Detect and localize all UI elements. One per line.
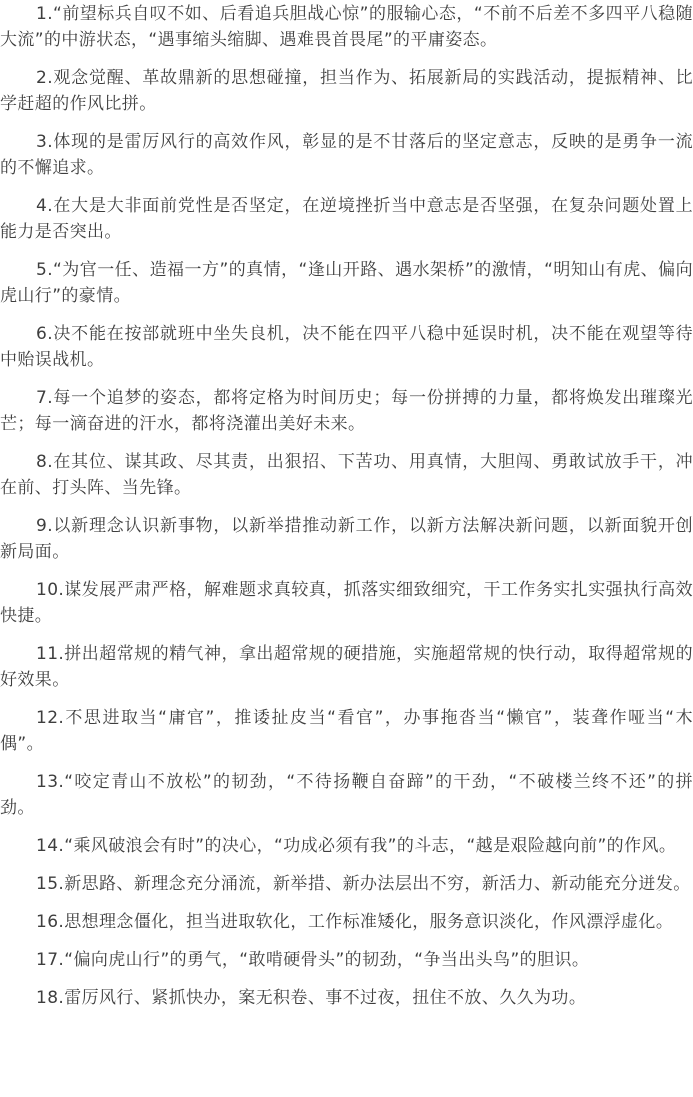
paragraph-4: 4.在大是大非面前党性是否坚定，在逆境挫折当中意志是否坚强，在复杂问题处置上能力…: [0, 193, 693, 245]
paragraph-14: 14.“乘风破浪会有时”的决心，“功成必须有我”的斗志，“越是艰险越向前”的作风…: [0, 833, 693, 859]
paragraph-5: 5.“为官一任、造福一方”的真情，“逢山开路、遇水架桥”的激情，“明知山有虎、偏…: [0, 257, 693, 309]
paragraph-8: 8.在其位、谋其政、尽其责，出狠招、下苦功、用真情，大胆闯、勇敢试放手干，冲在前…: [0, 449, 693, 501]
paragraph-2: 2.观念觉醒、革故鼎新的思想碰撞，担当作为、拓展新局的实践活动，提振精神、比学赶…: [0, 65, 693, 117]
paragraph-6: 6.决不能在按部就班中坐失良机，决不能在四平八稳中延误时机，决不能在观望等待中贻…: [0, 321, 693, 373]
paragraph-15: 15.新思路、新理念充分涌流，新举措、新办法层出不穷，新活力、新动能充分迸发。: [0, 871, 693, 897]
paragraph-11: 11.拼出超常规的精气神，拿出超常规的硬措施，实施超常规的快行动，取得超常规的好…: [0, 641, 693, 693]
paragraph-9: 9.以新理念认识新事物，以新举措推动新工作，以新方法解决新问题，以新面貌开创新局…: [0, 513, 693, 565]
paragraph-7: 7.每一个追梦的姿态，都将定格为时间历史；每一份拼搏的力量，都将焕发出璀璨光芒；…: [0, 385, 693, 437]
paragraph-10: 10.谋发展严肃严格，解难题求真较真，抓落实细致细究，干工作务实扎实强执行高效快…: [0, 577, 693, 629]
paragraph-3: 3.体现的是雷厉风行的高效作风，彰显的是不甘落后的坚定意志，反映的是勇争一流的不…: [0, 129, 693, 181]
paragraph-12: 12.不思进取当“庸官”，推诿扯皮当“看官”，办事拖沓当“懒官”，装聋作哑当“木…: [0, 705, 693, 757]
paragraph-13: 13.“咬定青山不放松”的韧劲，“不待扬鞭自奋蹄”的干劲，“不破楼兰终不还”的拼…: [0, 769, 693, 821]
paragraph-18: 18.雷厉风行、紧抓快办，案无积卷、事不过夜，扭住不放、久久为功。: [0, 985, 693, 1011]
paragraph-16: 16.思想理念僵化，担当进取软化，工作标准矮化，服务意识淡化，作风漂浮虚化。: [0, 909, 693, 935]
paragraph-17: 17.“偏向虎山行”的勇气，“敢啃硬骨头”的韧劲，“争当出头鸟”的胆识。: [0, 947, 693, 973]
paragraph-1: 1.“前望标兵自叹不如、后看追兵胆战心惊”的服输心态，“不前不后差不多四平八稳随…: [0, 1, 693, 53]
document-body: 1.“前望标兵自叹不如、后看追兵胆战心惊”的服输心态，“不前不后差不多四平八稳随…: [0, 0, 693, 1011]
